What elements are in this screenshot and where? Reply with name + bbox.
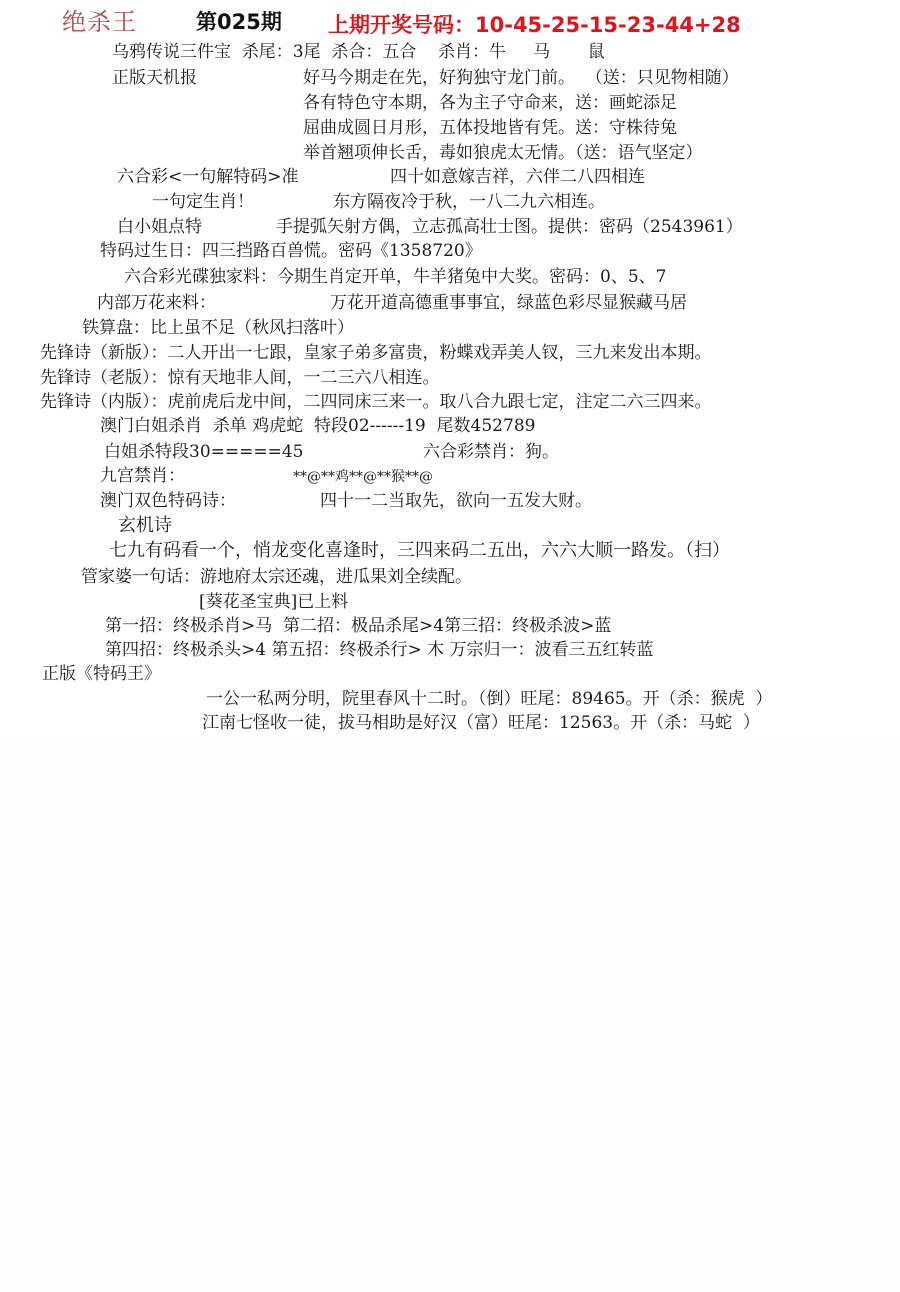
- banned-zodiac-text: 六合彩禁肖：狗。: [423, 441, 559, 463]
- tianjibao-verse-3: 屈曲成圆日月形，五体投地皆有凭。送：守株待兔: [303, 117, 677, 139]
- one-line-special-label: 六合彩<一句解特码>准: [117, 166, 299, 188]
- wanhua-label: 内部万花来料：: [97, 292, 216, 314]
- moves-line-1: 第一招：终极杀肖>马 第二招：极品杀尾>4第三招：终极杀波>蓝: [105, 615, 611, 637]
- wanhua-text: 万花开道高德重事事宜，绿蓝色彩尽显猴藏马居: [330, 292, 687, 314]
- pioneer-poem-old: 先锋诗（老版）：惊有天地非人间，一二三六八相连。: [40, 367, 440, 389]
- bai-xiaojie-label: 白小姐点特: [117, 216, 202, 238]
- mystery-poem-text: 七九有码看一个，悄龙变化喜逢时，三四来码二五出，六六大顺一路发。（扫）: [109, 540, 730, 562]
- last-draw-banner: 上期开奖号码：10-45-25-15-23-44+28: [328, 9, 741, 39]
- tematewang-verse-1: 一公一私两分明，院里春风十二时。（倒）旺尾：89465。开（杀：猴虎 ）: [206, 688, 772, 710]
- baijie-segment-label: 白姐杀特段30=====45: [104, 441, 303, 463]
- pioneer-poem-internal: 先锋诗（内版）：虎前虎后龙中间，二四同床三来一。取八合九跟七定，注定二六三四来。: [40, 391, 712, 413]
- double-color-text: 四十一二当取先，欲向一五发大财。: [320, 490, 592, 512]
- one-line-special-text: 四十如意嫁吉祥，六伴二八四相连: [390, 166, 645, 188]
- sunflower-heading: [葵花圣宝典]已上料: [199, 591, 348, 613]
- macau-baijie-kill-line: 澳门白姐杀肖 杀单 鸡虎蛇 特段02------19 尾数452789: [100, 415, 535, 437]
- last-draw-numbers: 10-45-25-15-23-44+28: [475, 13, 741, 37]
- nine-palace-text: **@**鸡**@**猴**@: [293, 466, 433, 488]
- abacus-line: 铁算盘：比上虽不足（秋风扫落叶）: [82, 317, 354, 339]
- issue-number: 第025期: [196, 6, 282, 36]
- kill-line-crow: 乌鸦传说三件宝 杀尾：3尾 杀合：五合 杀肖：牛 马 鼠: [112, 41, 605, 63]
- tianjibao-verse-4: 举首翘项伸长舌，毒如狼虎太无情。（送：语气坚定）: [303, 142, 703, 164]
- tianjibao-verse-1: 好马今期走在先，好狗独守龙门前。 （送：只见物相随）: [303, 67, 739, 89]
- housekeeper-line: 管家婆一句话：游地府太宗还魂，进瓜果刘全续配。: [81, 566, 472, 588]
- blank-area: [0, 740, 900, 1292]
- tematewang-heading: 正版《特码王》: [42, 663, 161, 685]
- pioneer-poem-new: 先锋诗（新版）：二人开出一七跟，皇家子弟多富贵，粉蝶戏弄美人钗，三九来发出本期。: [40, 342, 712, 364]
- tianjibao-verse-2: 各有特色守本期，各为主子守命来，送：画蛇添足: [303, 92, 677, 114]
- nine-palace-label: 九宫禁肖：: [100, 465, 185, 487]
- mystery-poem-heading: 玄机诗: [118, 515, 172, 537]
- bai-xiaojie-text: 手提弧矢射方偶，立志孤高壮士图。提供：密码（2543961）: [276, 216, 743, 238]
- double-color-label: 澳门双色特码诗：: [100, 490, 236, 512]
- tematewang-verse-2: 江南七怪收一徒，拔马相助是好汉（富）旺尾：12563。开（杀：马蛇 ）: [202, 712, 760, 734]
- one-line-zodiac-label: 一句定生肖！: [152, 191, 254, 213]
- brand-title: 绝杀王: [62, 2, 137, 37]
- disc-exclusive-line: 六合彩光碟独家料：今期生肖定开单，牛羊猪兔中大奖。密码：0、5、7: [124, 266, 666, 288]
- moves-line-2: 第四招：终极杀头>4 第五招：终极杀行> 木 万宗归一：波看三五红转蓝: [105, 639, 654, 661]
- special-birthday-line: 特码过生日：四三挡路百兽慌。密码《1358720》: [100, 240, 482, 262]
- one-line-zodiac-text: 东方隔夜冷于秋，一八二九六相连。: [333, 191, 605, 213]
- last-draw-label: 上期开奖号码：: [328, 13, 475, 37]
- tianjibao-label: 正版天机报: [112, 67, 197, 89]
